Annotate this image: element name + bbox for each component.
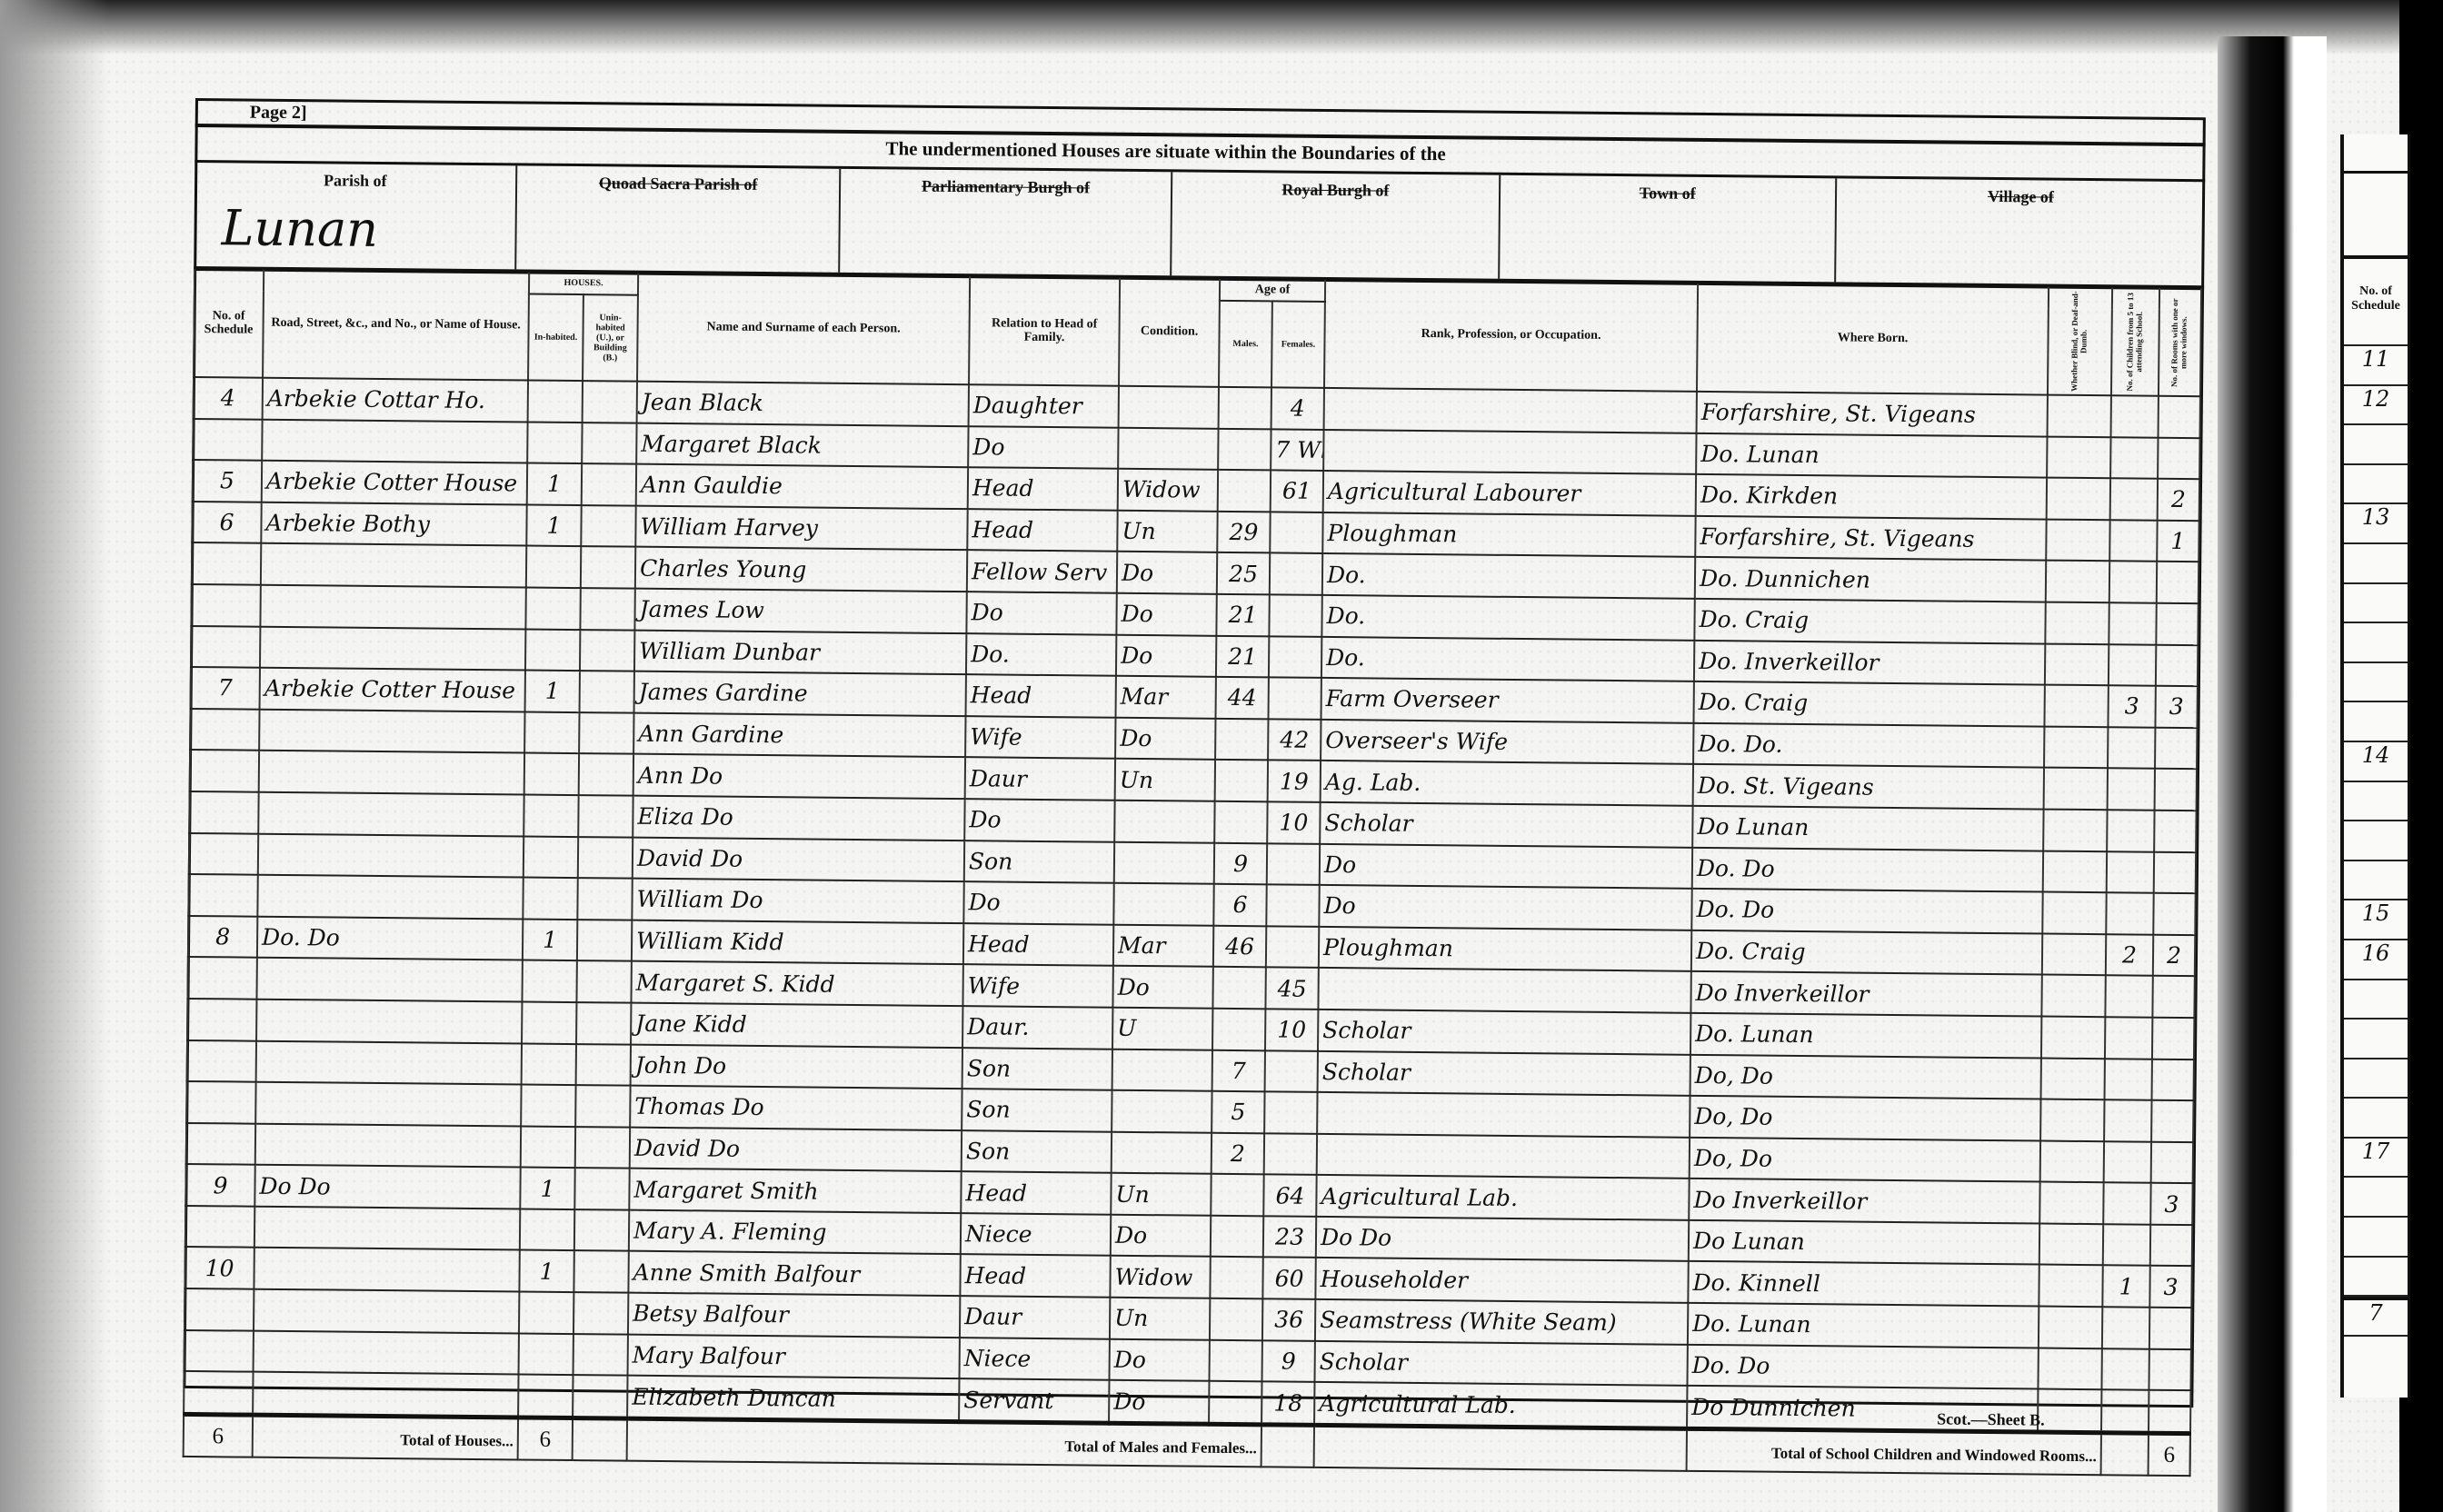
cell-condition bbox=[1112, 1131, 1212, 1174]
cell-children bbox=[2109, 644, 2156, 686]
cell-name: James Low bbox=[634, 589, 966, 633]
cell-children bbox=[2103, 1182, 2150, 1224]
cell-inhabited: 1 bbox=[527, 463, 582, 505]
cell-children bbox=[2105, 1017, 2152, 1059]
cell-blind bbox=[2038, 1389, 2101, 1433]
cell-relation: Daur bbox=[960, 1296, 1110, 1338]
cell-schedule: 4 bbox=[194, 377, 263, 419]
cell-condition bbox=[1119, 386, 1219, 429]
cell-blind bbox=[2039, 1265, 2102, 1307]
adjacent-schedule-cell bbox=[2344, 1020, 2408, 1059]
cell-male-age bbox=[1218, 470, 1271, 512]
area-1: Quoad Sacra Parish of bbox=[517, 165, 841, 272]
header-inhabited: In-habited. bbox=[528, 294, 583, 381]
cell-inhabited bbox=[523, 794, 578, 836]
cell-condition: Do bbox=[1110, 1338, 1210, 1381]
adjacent-header-schedule: No. of Schedule bbox=[2344, 259, 2408, 346]
area-4: Town of bbox=[1500, 175, 1837, 283]
cell-rooms bbox=[2159, 396, 2200, 438]
header-where-born: Where Born. bbox=[1697, 283, 2049, 395]
cell-relation: Do. bbox=[966, 633, 1116, 676]
cell-male-age: 21 bbox=[1216, 594, 1269, 636]
cell-inhabited bbox=[527, 422, 582, 463]
cell-blind bbox=[2042, 892, 2106, 934]
cell-uninhabited bbox=[583, 381, 637, 423]
cell-rooms: 3 bbox=[2150, 1183, 2192, 1225]
cell-female-age: 60 bbox=[1262, 1258, 1315, 1299]
census-table: No. of Schedule Road, Street, &c., and N… bbox=[183, 269, 2202, 1477]
header-age-of: Age of bbox=[1220, 279, 1325, 302]
adjacent-schedule-cell bbox=[2344, 584, 2408, 624]
cell-name: Ann Do bbox=[633, 754, 965, 799]
cell-uninhabited bbox=[582, 463, 636, 505]
cell-blind bbox=[2048, 395, 2111, 437]
cell-children bbox=[2103, 1224, 2150, 1266]
cell-blind bbox=[2044, 685, 2108, 727]
cell-road bbox=[254, 1289, 519, 1333]
cell-children bbox=[2102, 1307, 2149, 1348]
cell-male-age bbox=[1214, 801, 1267, 843]
cell-condition: Do bbox=[1112, 966, 1212, 1009]
cell-uninhabited bbox=[581, 546, 635, 588]
header-children-school: No. of Children from 5 to 13 attending S… bbox=[2111, 287, 2159, 395]
cell-male-age: 21 bbox=[1216, 635, 1269, 677]
cell-born: Do Lunan bbox=[1689, 1220, 2039, 1265]
cell-female-age bbox=[1270, 553, 1322, 595]
cell-born: Do. Inverkeillor bbox=[1694, 640, 2045, 684]
cell-inhabited bbox=[522, 1043, 576, 1085]
cell-female-age bbox=[1269, 678, 1321, 720]
cell-road bbox=[262, 419, 527, 463]
cell-rooms bbox=[2154, 811, 2196, 852]
cell-name: Eliza Do bbox=[633, 796, 964, 841]
cell-name: Mary A. Fleming bbox=[629, 1210, 961, 1255]
cell-condition: Do bbox=[1111, 1215, 1211, 1258]
cell-rooms: 2 bbox=[2153, 934, 2195, 976]
cell-relation: Daughter bbox=[969, 384, 1119, 427]
cell-road: Arbekie Bothy bbox=[261, 502, 526, 545]
cell-blind bbox=[2039, 1182, 2103, 1224]
cell-female-age: 7 Wks bbox=[1271, 429, 1323, 471]
cell-inhabited bbox=[528, 381, 583, 423]
cell-road bbox=[258, 792, 523, 836]
cell-female-age bbox=[1265, 1050, 1318, 1092]
cell-uninhabited bbox=[582, 423, 636, 464]
cell-born: Do, Do bbox=[1690, 1096, 2040, 1140]
cell-rooms bbox=[2152, 1059, 2194, 1100]
area-label: Parliamentary Burgh of bbox=[841, 176, 1172, 198]
cell-blind bbox=[2044, 768, 2108, 810]
cell-inhabited bbox=[526, 546, 581, 588]
cell-occupation: Do. bbox=[1321, 595, 1694, 641]
cell-uninhabited bbox=[580, 588, 634, 630]
cell-inhabited bbox=[518, 1375, 573, 1418]
cell-occupation: Agricultural Lab. bbox=[1314, 1382, 1687, 1428]
cell-rooms bbox=[2150, 1225, 2192, 1267]
cell-name: Jane Kidd bbox=[631, 1003, 962, 1048]
cell-inhabited bbox=[524, 753, 579, 795]
adjacent-blank-top bbox=[2344, 134, 2408, 174]
cell-uninhabited bbox=[574, 1209, 629, 1251]
cell-condition: Do bbox=[1109, 1380, 1209, 1424]
cell-road: Do. Do bbox=[257, 916, 523, 960]
cell-blind bbox=[2046, 561, 2109, 602]
cell-occupation bbox=[1317, 1134, 1690, 1179]
cell-occupation: Ploughman bbox=[1322, 512, 1695, 558]
cell-occupation: Do bbox=[1319, 885, 1691, 930]
cell-rooms bbox=[2149, 1348, 2190, 1390]
cell-born: Do, Do bbox=[1690, 1138, 2040, 1182]
cell-rooms bbox=[2152, 1018, 2194, 1059]
cell-born: Do. Craig bbox=[1691, 930, 2042, 975]
cell-rooms bbox=[2154, 851, 2196, 893]
cell-female-age: 45 bbox=[1265, 968, 1318, 1010]
adjacent-blank-area bbox=[2344, 174, 2408, 259]
cell-condition: Un bbox=[1110, 1298, 1210, 1340]
header-blind-deaf: Whether Blind, or Deaf-and-Dumb. bbox=[2048, 287, 2112, 396]
cell-uninhabited bbox=[574, 1168, 629, 1209]
cell-rooms: 2 bbox=[2158, 479, 2199, 521]
sheet-footer: Scot.—Sheet B. bbox=[1937, 1409, 2045, 1429]
cell-schedule bbox=[185, 1206, 254, 1248]
cell-children bbox=[2101, 1389, 2149, 1433]
cell-relation: Daur bbox=[965, 758, 1115, 801]
cell-born: Do Inverkeillor bbox=[1689, 1179, 2039, 1223]
cell-inhabited bbox=[521, 1085, 575, 1127]
cell-blind bbox=[2043, 850, 2107, 892]
cell-relation: Wife bbox=[962, 964, 1112, 1007]
cell-children bbox=[2104, 1099, 2151, 1141]
cell-rooms bbox=[2149, 1390, 2190, 1434]
cell-name: Thomas Do bbox=[630, 1086, 962, 1130]
cell-occupation: Overseer's Wife bbox=[1321, 720, 1693, 765]
cell-road bbox=[254, 1248, 519, 1291]
cell-female-age bbox=[1264, 1133, 1317, 1175]
cell-condition: Do bbox=[1117, 552, 1217, 594]
cell-female-age bbox=[1269, 636, 1321, 678]
cell-relation: Head bbox=[968, 467, 1118, 510]
adjacent-schedule-cell bbox=[2344, 544, 2408, 584]
cell-road bbox=[256, 1000, 522, 1043]
cell-name: James Gardine bbox=[634, 671, 966, 716]
cell-male-age bbox=[1212, 967, 1265, 1009]
adjacent-schedule-cell: 14 bbox=[2344, 742, 2408, 782]
adjacent-schedule-cell bbox=[2344, 821, 2408, 861]
cell-children bbox=[2109, 520, 2157, 562]
cell-male-age bbox=[1212, 1009, 1265, 1050]
cell-relation: Head bbox=[967, 509, 1117, 552]
cell-female-age: 64 bbox=[1263, 1175, 1316, 1217]
cell-female-age bbox=[1267, 843, 1320, 885]
total-school-label: Total of School Children and Windowed Ro… bbox=[1771, 1444, 2097, 1464]
cell-children bbox=[2109, 562, 2157, 603]
cell-name: William Kidd bbox=[632, 920, 963, 964]
cell-occupation bbox=[1318, 968, 1690, 1013]
cell-male-age: 5 bbox=[1212, 1091, 1264, 1133]
cell-relation: Servant bbox=[959, 1378, 1109, 1423]
cell-schedule bbox=[189, 791, 258, 833]
cell-children bbox=[2110, 437, 2158, 479]
cell-blind bbox=[2042, 933, 2106, 975]
cell-female-age: 4 bbox=[1271, 387, 1324, 429]
cell-uninhabited bbox=[573, 1251, 628, 1293]
adjacent-schedule-cell bbox=[2344, 1059, 2408, 1099]
header-name: Name and Surname of each Person. bbox=[637, 274, 970, 384]
cell-male-age: 25 bbox=[1217, 552, 1270, 594]
header-road: Road, Street, &c., and No., or Name of H… bbox=[263, 270, 529, 381]
cell-rooms bbox=[2156, 644, 2198, 686]
cell-schedule bbox=[192, 542, 261, 584]
cell-children bbox=[2107, 851, 2154, 893]
cell-born: Do. St. Vigeans bbox=[1693, 764, 2044, 809]
cell-female-age: 19 bbox=[1268, 761, 1321, 802]
cell-condition bbox=[1118, 427, 1218, 470]
cell-born: Do. Do bbox=[1692, 847, 2043, 891]
cell-inhabited: 1 bbox=[525, 671, 580, 712]
cell-female-age bbox=[1264, 1091, 1317, 1133]
cell-name: Anne Smith Balfour bbox=[628, 1251, 960, 1296]
cell-children: 3 bbox=[2108, 685, 2155, 727]
adjacent-schedule-cell: 15 bbox=[2344, 900, 2408, 940]
cell-occupation: Scholar bbox=[1318, 1010, 1690, 1055]
cell-condition: Un bbox=[1115, 759, 1215, 801]
cell-female-age bbox=[1266, 926, 1319, 968]
cell-relation: Wife bbox=[965, 716, 1115, 759]
cell-born: Do. Kirkden bbox=[1696, 474, 2047, 519]
cell-female-age bbox=[1269, 594, 1321, 636]
cell-schedule bbox=[190, 709, 259, 751]
cell-inhabited bbox=[519, 1292, 573, 1334]
header-schedule: No. of Schedule bbox=[194, 269, 264, 378]
cell-inhabited: 1 bbox=[519, 1250, 573, 1292]
cell-rooms bbox=[2151, 1141, 2193, 1183]
cell-born: Do. Do bbox=[1691, 889, 2042, 933]
cell-blind bbox=[2039, 1307, 2102, 1348]
header-uninhabited: Unin-habited (U.), or Building (B.) bbox=[583, 294, 638, 381]
cell-children bbox=[2107, 810, 2154, 851]
census-sheet: Page 2] The undermentioned Houses are si… bbox=[183, 98, 2206, 1439]
cell-blind bbox=[2038, 1348, 2101, 1389]
cell-road bbox=[253, 1372, 518, 1417]
cell-name: Betsy Balfour bbox=[628, 1293, 960, 1338]
cell-schedule bbox=[186, 1081, 255, 1123]
cell-schedule: 10 bbox=[184, 1247, 254, 1288]
adjacent-schedule-cell bbox=[2344, 1099, 2408, 1139]
adjacent-schedule-cell bbox=[2344, 1258, 2408, 1298]
cell-occupation: Ploughman bbox=[1319, 927, 1691, 972]
cell-relation: Head bbox=[960, 1255, 1110, 1298]
cell-rooms: 1 bbox=[2157, 521, 2199, 562]
cell-schedule: 8 bbox=[188, 916, 257, 958]
cell-male-age bbox=[1219, 387, 1271, 429]
area-5: Village of bbox=[1836, 178, 2205, 285]
cell-relation: Son bbox=[962, 1048, 1112, 1090]
cell-children: 1 bbox=[2102, 1266, 2149, 1308]
cell-female-age: 10 bbox=[1265, 1009, 1318, 1050]
cell-male-age bbox=[1215, 719, 1268, 761]
scan-left-shadow bbox=[0, 0, 109, 1512]
cell-schedule bbox=[191, 626, 260, 668]
cell-female-age: 61 bbox=[1271, 471, 1323, 512]
cell-uninhabited bbox=[575, 1085, 630, 1127]
cell-inhabited bbox=[525, 587, 580, 629]
cell-female-age: 42 bbox=[1268, 719, 1321, 761]
total-persons-label: Total of Males and Females... bbox=[1064, 1437, 1257, 1457]
cell-name: Jean Black bbox=[637, 382, 969, 426]
cell-name: John Do bbox=[631, 1044, 962, 1089]
cell-schedule: 7 bbox=[191, 667, 260, 709]
cell-male-age bbox=[1210, 1339, 1262, 1381]
cell-rooms: 3 bbox=[2155, 686, 2197, 728]
cell-relation: Head bbox=[966, 674, 1116, 717]
cell-occupation: Do Do bbox=[1316, 1217, 1689, 1262]
cell-uninhabited bbox=[573, 1292, 628, 1334]
cell-uninhabited bbox=[577, 878, 632, 920]
cell-blind bbox=[2047, 478, 2110, 520]
cell-occupation: Scholar bbox=[1320, 802, 1692, 848]
cell-road bbox=[257, 875, 523, 919]
cell-name: William Dunbar bbox=[634, 630, 966, 674]
cell-inhabited bbox=[521, 1126, 575, 1168]
area-0: Parish ofLunan bbox=[194, 163, 517, 269]
cell-uninhabited bbox=[577, 920, 632, 961]
area-label: Quoad Sacra Parish of bbox=[517, 173, 839, 194]
adjacent-schedule-cell bbox=[2344, 980, 2408, 1020]
cell-children bbox=[2111, 395, 2159, 437]
cell-male-age: 29 bbox=[1217, 512, 1270, 553]
cell-inhabited: 1 bbox=[520, 1168, 574, 1209]
cell-road: Arbekie Cotter House bbox=[262, 461, 527, 504]
cell-uninhabited bbox=[576, 960, 631, 1002]
cell-blind bbox=[2046, 519, 2109, 561]
cell-name: David Do bbox=[630, 1127, 962, 1171]
cell-born: Do Inverkeillor bbox=[1690, 971, 2041, 1016]
cell-born: Do. Dunnichen bbox=[1695, 557, 2046, 602]
cell-schedule bbox=[187, 999, 256, 1040]
area-2: Parliamentary Burgh of bbox=[840, 169, 1172, 276]
cell-female-age: 10 bbox=[1267, 801, 1320, 843]
cell-condition bbox=[1112, 1090, 1212, 1133]
cell-relation: Head bbox=[961, 1171, 1111, 1214]
cell-condition bbox=[1114, 841, 1214, 884]
cell-rooms bbox=[2153, 893, 2195, 935]
cell-children bbox=[2109, 602, 2156, 644]
cell-uninhabited bbox=[573, 1334, 628, 1376]
cell-rooms: 3 bbox=[2149, 1266, 2191, 1308]
cell-road bbox=[260, 585, 525, 629]
header-occupation: Rank, Profession, or Occupation. bbox=[1324, 280, 1698, 392]
cell-rooms bbox=[2155, 727, 2197, 769]
cell-schedule bbox=[186, 1123, 255, 1165]
cell-road: Arbekie Cottar Ho. bbox=[263, 378, 528, 422]
cell-born: Do, Do bbox=[1690, 1054, 2041, 1099]
cell-condition: Mar bbox=[1116, 676, 1216, 719]
cell-uninhabited bbox=[580, 630, 634, 671]
cell-inhabited bbox=[522, 960, 576, 1002]
cell-blind bbox=[2041, 975, 2105, 1017]
cell-inhabited: 1 bbox=[526, 504, 581, 546]
cell-schedule bbox=[187, 1039, 256, 1081]
cell-schedule bbox=[191, 584, 260, 626]
adjacent-schedule-cell: 12 bbox=[2344, 386, 2408, 426]
cell-rooms bbox=[2151, 1100, 2193, 1142]
cell-relation: Son bbox=[962, 1089, 1112, 1131]
cell-relation: Son bbox=[964, 841, 1114, 883]
cell-condition: Do bbox=[1116, 593, 1216, 636]
cell-blind bbox=[2040, 1140, 2104, 1182]
cell-relation: Niece bbox=[960, 1338, 1110, 1380]
adjacent-schedule-cell bbox=[2344, 1218, 2408, 1258]
cell-occupation: Scholar bbox=[1315, 1341, 1688, 1387]
adjacent-schedule-cell bbox=[2344, 623, 2408, 663]
cell-born: Do. Craig bbox=[1693, 681, 2044, 726]
cell-male-age bbox=[1211, 1216, 1263, 1258]
cell-born: Do. Lunan bbox=[1696, 433, 2047, 477]
adjacent-schedule-cell bbox=[2344, 425, 2408, 465]
cell-road bbox=[256, 1040, 522, 1084]
cell-male-age: 6 bbox=[1213, 884, 1266, 926]
cell-born: Forfarshire, St. Vigeans bbox=[1695, 516, 2046, 561]
cell-name: Ann Gauldie bbox=[636, 464, 968, 509]
adjacent-schedule-cell bbox=[2344, 702, 2408, 742]
area-label: Town of bbox=[1500, 183, 1835, 205]
cell-male-age: 9 bbox=[1214, 842, 1267, 884]
cell-blind bbox=[2040, 1099, 2104, 1141]
total-school-children: 6 bbox=[2149, 1433, 2190, 1477]
cell-occupation: Scholar bbox=[1318, 1050, 1690, 1096]
cell-inhabited bbox=[525, 629, 580, 671]
cell-male-age bbox=[1218, 428, 1271, 470]
adjacent-schedule-cell bbox=[2344, 861, 2408, 901]
cell-inhabited bbox=[522, 1001, 576, 1043]
cell-road bbox=[254, 1207, 520, 1250]
adjacent-schedule-cell bbox=[2344, 663, 2408, 703]
cell-relation: Do bbox=[966, 592, 1116, 634]
cell-schedule: 5 bbox=[193, 460, 262, 502]
cell-born: Do Lunan bbox=[1692, 806, 2043, 850]
cell-born: Do. Do. bbox=[1693, 723, 2044, 768]
cell-male-age: 7 bbox=[1212, 1049, 1265, 1091]
cell-name: David Do bbox=[633, 837, 964, 881]
cell-uninhabited bbox=[576, 1002, 631, 1044]
cell-occupation: Seamstress (White Seam) bbox=[1315, 1299, 1688, 1345]
cell-schedule bbox=[189, 833, 258, 875]
header-rooms-windows: No. of Rooms with one or more windows. bbox=[2159, 288, 2201, 396]
cell-inhabited bbox=[519, 1333, 573, 1375]
cell-occupation: Do bbox=[1320, 843, 1692, 889]
cell-rooms bbox=[2149, 1308, 2191, 1349]
adjacent-schedule-cell bbox=[2344, 1178, 2408, 1218]
cell-schedule bbox=[187, 957, 256, 999]
cell-name: Margaret Smith bbox=[629, 1169, 961, 1213]
cell-relation: Son bbox=[962, 1130, 1112, 1173]
adjacent-schedule-cell: 16 bbox=[2344, 940, 2408, 980]
cell-inhabited bbox=[523, 878, 577, 920]
cell-male-age: 46 bbox=[1213, 926, 1266, 968]
area-value: Lunan bbox=[221, 199, 378, 258]
cell-name: Elizabeth Duncan bbox=[627, 1376, 959, 1422]
cell-uninhabited bbox=[578, 795, 633, 837]
cell-occupation: Householder bbox=[1315, 1258, 1688, 1303]
cell-children bbox=[2110, 478, 2158, 520]
cell-name: William Harvey bbox=[635, 505, 967, 550]
cell-children bbox=[2105, 1059, 2152, 1100]
cell-schedule bbox=[184, 1371, 253, 1415]
area-3: Royal Burgh of bbox=[1172, 172, 1500, 278]
cell-male-age: 44 bbox=[1216, 677, 1269, 719]
cell-children: 2 bbox=[2106, 934, 2153, 976]
cell-road bbox=[259, 709, 524, 752]
